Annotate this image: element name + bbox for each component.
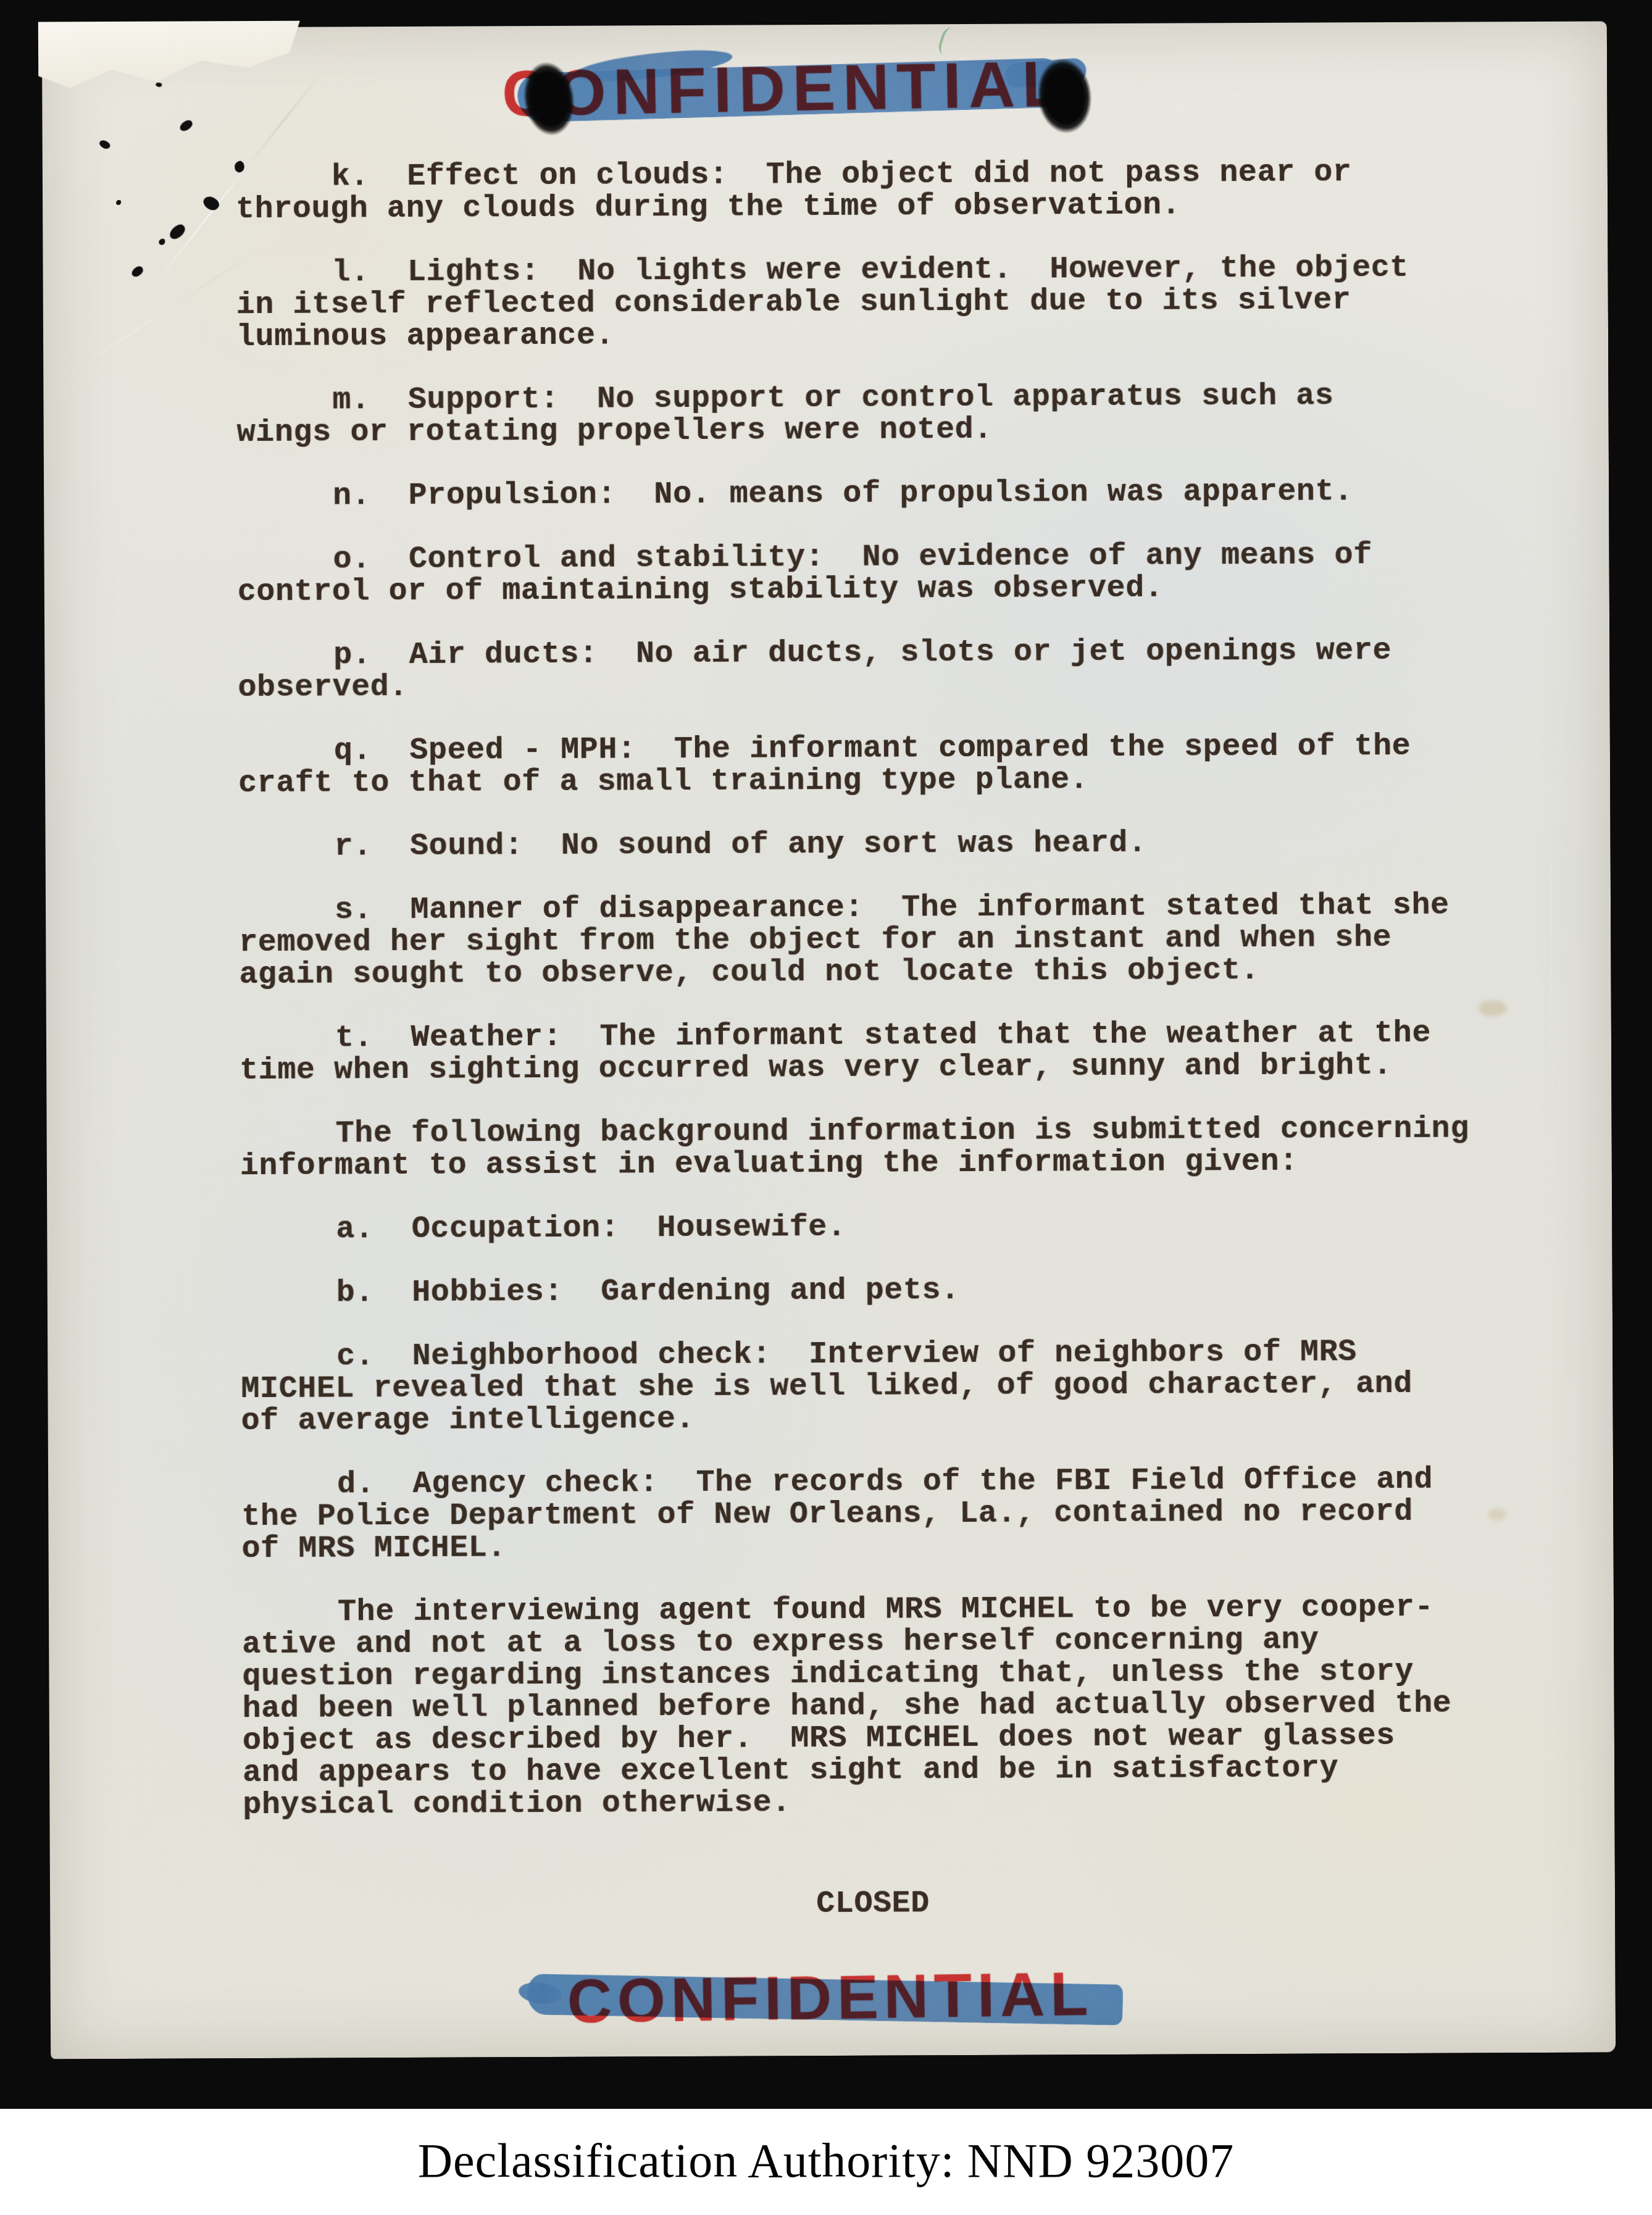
typewritten-line: o. Control and stability: No evidence of… [237, 539, 1472, 577]
paper-damage-speck [155, 81, 162, 88]
paper-damage-speck [116, 200, 121, 205]
paragraph: The interviewing agent found MRS MICHEL … [242, 1591, 1478, 1822]
typewritten-line: MICHEL revealed that she is well liked, … [241, 1368, 1475, 1406]
typewritten-text: k. Effect on clouds: The object did not … [236, 156, 1478, 1822]
paragraph: s. Manner of disappearance: The informan… [239, 890, 1474, 991]
declassification-footer: Declassification Authority: NND 923007 [0, 2109, 1652, 2215]
report-body: k. Effect on clouds: The object did not … [236, 156, 1478, 1923]
paragraph: p. Air ducts: No air ducts, slots or jet… [238, 635, 1472, 704]
typewritten-line: physical condition otherwise. [243, 1784, 1477, 1822]
typewritten-line: time when sighting occurred was very cle… [240, 1049, 1474, 1087]
paragraph: c. Neighborhood check: Interview of neig… [241, 1336, 1476, 1438]
paragraph: The following background information is … [240, 1113, 1475, 1183]
paragraph: d. Agency check: The records of the FBI … [241, 1464, 1477, 1566]
typewritten-line: informant to assist in evaluating the in… [240, 1145, 1475, 1183]
typewritten-line: in itself reflected considerable sunligh… [236, 284, 1471, 322]
paragraph: o. Control and stability: No evidence of… [237, 539, 1472, 609]
paragraph: l. Lights: No lights were evident. Howev… [236, 252, 1471, 354]
paragraph: m. Support: No support or control appara… [236, 380, 1471, 449]
typewritten-line: luminous appearance. [236, 316, 1471, 354]
paragraph: q. Speed - MPH: The informant compared t… [238, 730, 1473, 800]
typewritten-line: again sought to observe, could not locat… [239, 954, 1474, 991]
paper-damage-speck [98, 138, 112, 151]
typewritten-line: the Police Department of New Orleans, La… [241, 1496, 1476, 1533]
typewritten-line: removed her sight from the object for an… [239, 922, 1474, 959]
scanned-document-view: CONFIDENTIAL k. Effect on clouds: The ob… [0, 0, 1652, 2215]
paper-damage-speck [201, 193, 222, 213]
paragraph: k. Effect on clouds: The object did not … [236, 156, 1471, 226]
paragraph: a. Occupation: Housewife. [240, 1209, 1475, 1246]
document-page: CONFIDENTIAL k. Effect on clouds: The ob… [42, 21, 1616, 2059]
paper-damage-speck [167, 222, 188, 241]
typewritten-line: k. Effect on clouds: The object did not … [236, 156, 1471, 194]
typewritten-line: control or of maintaining stability was … [238, 571, 1472, 609]
typewritten-line: r. Sound: No sound of any sort was heard… [239, 826, 1474, 864]
typewritten-line: wings or rotating propellers were noted. [237, 412, 1472, 449]
typewritten-line: n. Propulsion: No. means of propulsion w… [237, 475, 1472, 513]
typewritten-line: through any clouds during the time of ob… [236, 188, 1471, 226]
paragraph: t. Weather: The informant stated that th… [240, 1017, 1474, 1087]
paper-damage-speck [178, 119, 194, 133]
typewritten-line: craft to that of a small training type p… [238, 762, 1473, 800]
typewritten-line: q. Speed - MPH: The informant compared t… [238, 730, 1473, 768]
paragraph: r. Sound: No sound of any sort was heard… [239, 826, 1474, 864]
typewritten-line: of average intelligence. [241, 1400, 1476, 1438]
typewritten-line: of MRS MICHEL. [241, 1528, 1476, 1566]
paper-stain [1479, 1000, 1507, 1016]
typewritten-line: m. Support: No support or control appara… [236, 380, 1471, 417]
paper-damage-speck [130, 265, 144, 278]
typewritten-line: a. Occupation: Housewife. [240, 1209, 1475, 1246]
torn-corner [38, 21, 301, 98]
paper-crease [1549, 608, 1556, 1688]
typewritten-line: and appears to have excellent sight and … [243, 1752, 1477, 1790]
typewritten-line: b. Hobbies: Gardening and pets. [241, 1272, 1475, 1310]
paragraph: n. Propulsion: No. means of propulsion w… [237, 475, 1472, 513]
typewritten-line: p. Air ducts: No air ducts, slots or jet… [238, 635, 1472, 672]
paper-stain [1488, 1508, 1506, 1520]
paragraph: b. Hobbies: Gardening and pets. [241, 1272, 1475, 1310]
closed-status: CLOSED [256, 1885, 1490, 1923]
paper-damage-speck [159, 239, 165, 245]
declassification-authority-text: Declassification Authority: NND 923007 [0, 2109, 1652, 2213]
